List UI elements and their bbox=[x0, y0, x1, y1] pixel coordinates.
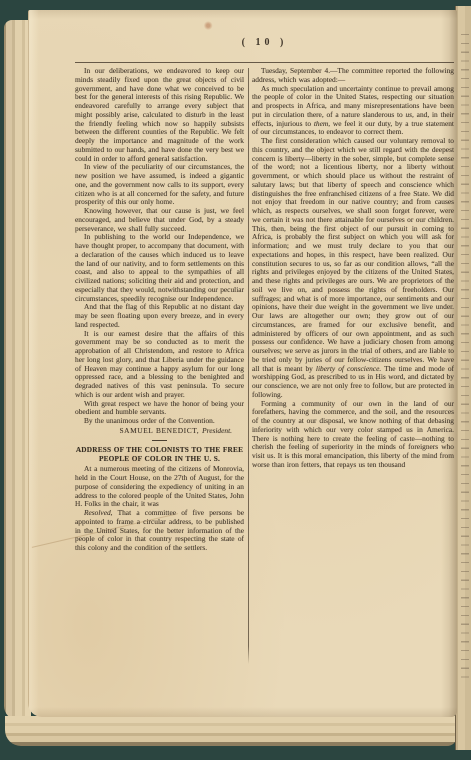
paragraph-deliberations: In our deliberations, we endeavored to k… bbox=[75, 67, 244, 163]
paragraph-committee-report: Tuesday, September 4.—The committee repo… bbox=[252, 67, 454, 85]
liberty-text: The first consideration which caused our… bbox=[252, 136, 454, 373]
page-number: ( 10 ) bbox=[75, 37, 454, 48]
paragraph-community: Forming a community of our own in the la… bbox=[252, 400, 454, 470]
speculation-them-italic: them, bbox=[314, 119, 330, 128]
text-columns: In our deliberations, we endeavored to k… bbox=[75, 67, 454, 664]
right-column: Tuesday, September 4.—The committee repo… bbox=[252, 67, 454, 470]
section-heading: ADDRESS OF THE COLONISTS TO THE FREE PEO… bbox=[75, 445, 244, 464]
paragraph-flag: And that the flag of this Republic at no… bbox=[75, 303, 244, 329]
paragraph-respect: With great respect we have the honor of … bbox=[75, 400, 244, 418]
signature-name: SAMUEL BENEDICT, bbox=[119, 426, 202, 435]
paragraph-liberty: The first consideration which caused our… bbox=[252, 137, 454, 400]
paragraph-resolved: Resolved, That a committee of five perso… bbox=[75, 509, 244, 553]
signature-title: President. bbox=[202, 426, 232, 435]
paragraph-peculiarity: In view of the peculiarity of our circum… bbox=[75, 163, 244, 207]
header-rule bbox=[75, 62, 454, 63]
paragraph-knowing: Knowing however, that our cause is just,… bbox=[75, 207, 244, 233]
left-column: In our deliberations, we endeavored to k… bbox=[75, 67, 244, 553]
book-scan-background: ( 10 ) In our deliberations, we endeavor… bbox=[0, 0, 471, 760]
paragraph-earnest-desire: It is our earnest desire that the affair… bbox=[75, 330, 244, 400]
section-divider-rule bbox=[152, 440, 167, 441]
bottom-page-stack-edges bbox=[5, 716, 457, 746]
left-page-stack-edges bbox=[4, 20, 31, 720]
adjacent-page-edge bbox=[455, 6, 471, 750]
column-divider-rule bbox=[248, 68, 249, 664]
speculation-us-italic: us, bbox=[405, 110, 413, 119]
paragraph-convention-order: By the unanimous order of the Convention… bbox=[75, 417, 244, 426]
paragraph-speculation: As much speculation and uncertainty cont… bbox=[252, 85, 454, 138]
paragraph-independence: In publishing to the world our Independe… bbox=[75, 233, 244, 303]
adjacent-page-text-fragments bbox=[461, 34, 469, 682]
paragraph-meeting: At a numerous meeting of the citizens of… bbox=[75, 465, 244, 509]
resolved-lead: Resolved, bbox=[84, 508, 113, 517]
document-page: ( 10 ) In our deliberations, we endeavor… bbox=[28, 10, 457, 717]
liberty-of-conscience-italic: liberty of conscience. bbox=[316, 364, 381, 373]
signature-line: SAMUEL BENEDICT, President. bbox=[75, 427, 244, 436]
